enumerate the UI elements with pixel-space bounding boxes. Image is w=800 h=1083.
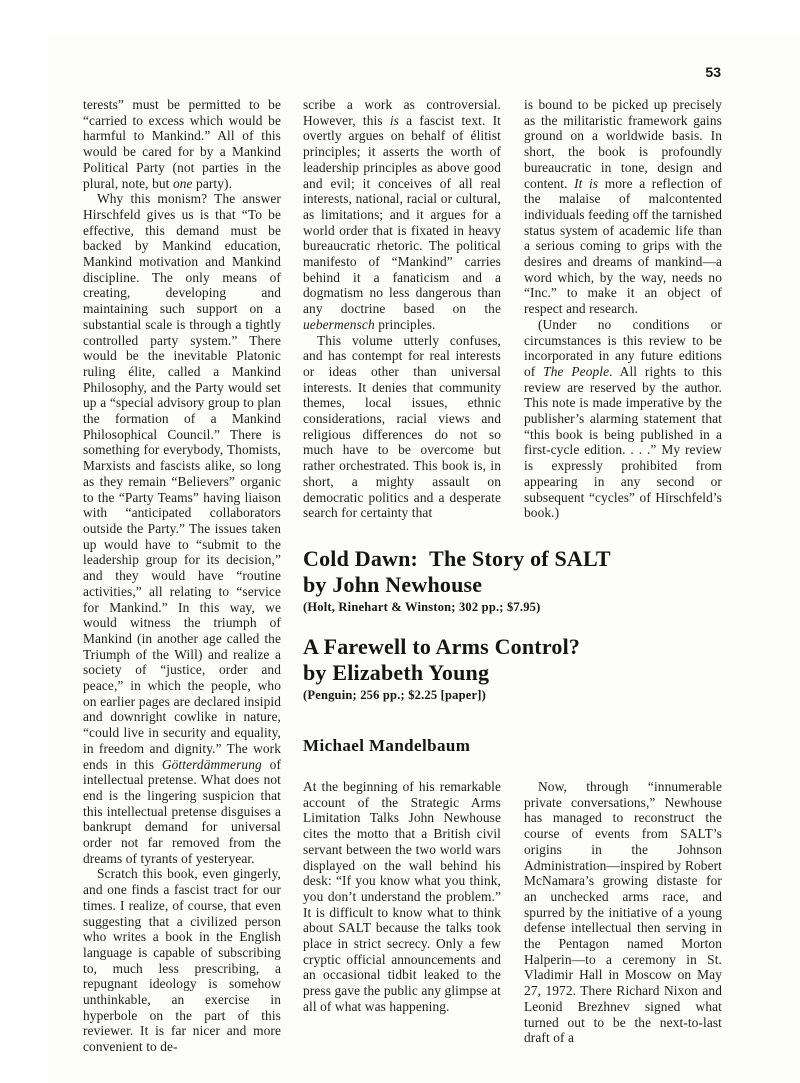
reviewer-byline: Michael Mandelbaum [303, 736, 703, 756]
paragraph: Why this monism? The answer Hirschfeld g… [83, 191, 281, 866]
paragraph: terests” must be permitted to be “carrie… [83, 97, 281, 191]
scanned-magazine-page: 53 terests” must be permitted to be “car… [0, 0, 800, 1083]
text-column-1: terests” must be permitted to be “carrie… [83, 97, 281, 1055]
book-1-title: Cold Dawn: The Story of SALT [303, 546, 743, 572]
book-1-publisher-line: (Holt, Rinehart & Winston; 302 pp.; $7.9… [303, 600, 743, 615]
book-2-title: A Farewell to Arms Control? [303, 634, 743, 660]
text-column-2: scribe a work as controversial. However,… [303, 97, 501, 521]
book-2-publisher-line: (Penguin; 256 pp.; $2.25 [paper]) [303, 688, 743, 703]
paragraph: Now, through “innumerable private conver… [524, 779, 722, 1046]
page-number: 53 [621, 64, 721, 80]
paragraph: This volume utterly confuses, and has co… [303, 333, 501, 521]
book-2-heading: A Farewell to Arms Control? by Elizabeth… [303, 634, 743, 703]
book-1-heading: Cold Dawn: The Story of SALT by John New… [303, 546, 743, 615]
review-header: Cold Dawn: The Story of SALT by John New… [303, 546, 743, 703]
paragraph: is bound to be picked up precisely as th… [524, 97, 722, 317]
paragraph: At the beginning of his remarkable accou… [303, 779, 501, 1015]
book-2-author: by Elizabeth Young [303, 660, 743, 686]
book-1-author: by John Newhouse [303, 572, 743, 598]
text-column-3: is bound to be picked up precisely as th… [524, 97, 722, 521]
review-body-column-right: Now, through “innumerable private conver… [524, 779, 722, 1046]
paragraph: Scratch this book, even gingerly, and on… [83, 866, 281, 1054]
review-body-column-left: At the beginning of his remarkable accou… [303, 779, 501, 1015]
paragraph: (Under no conditions or circumstances is… [524, 317, 722, 521]
paragraph: scribe a work as controversial. However,… [303, 97, 501, 333]
